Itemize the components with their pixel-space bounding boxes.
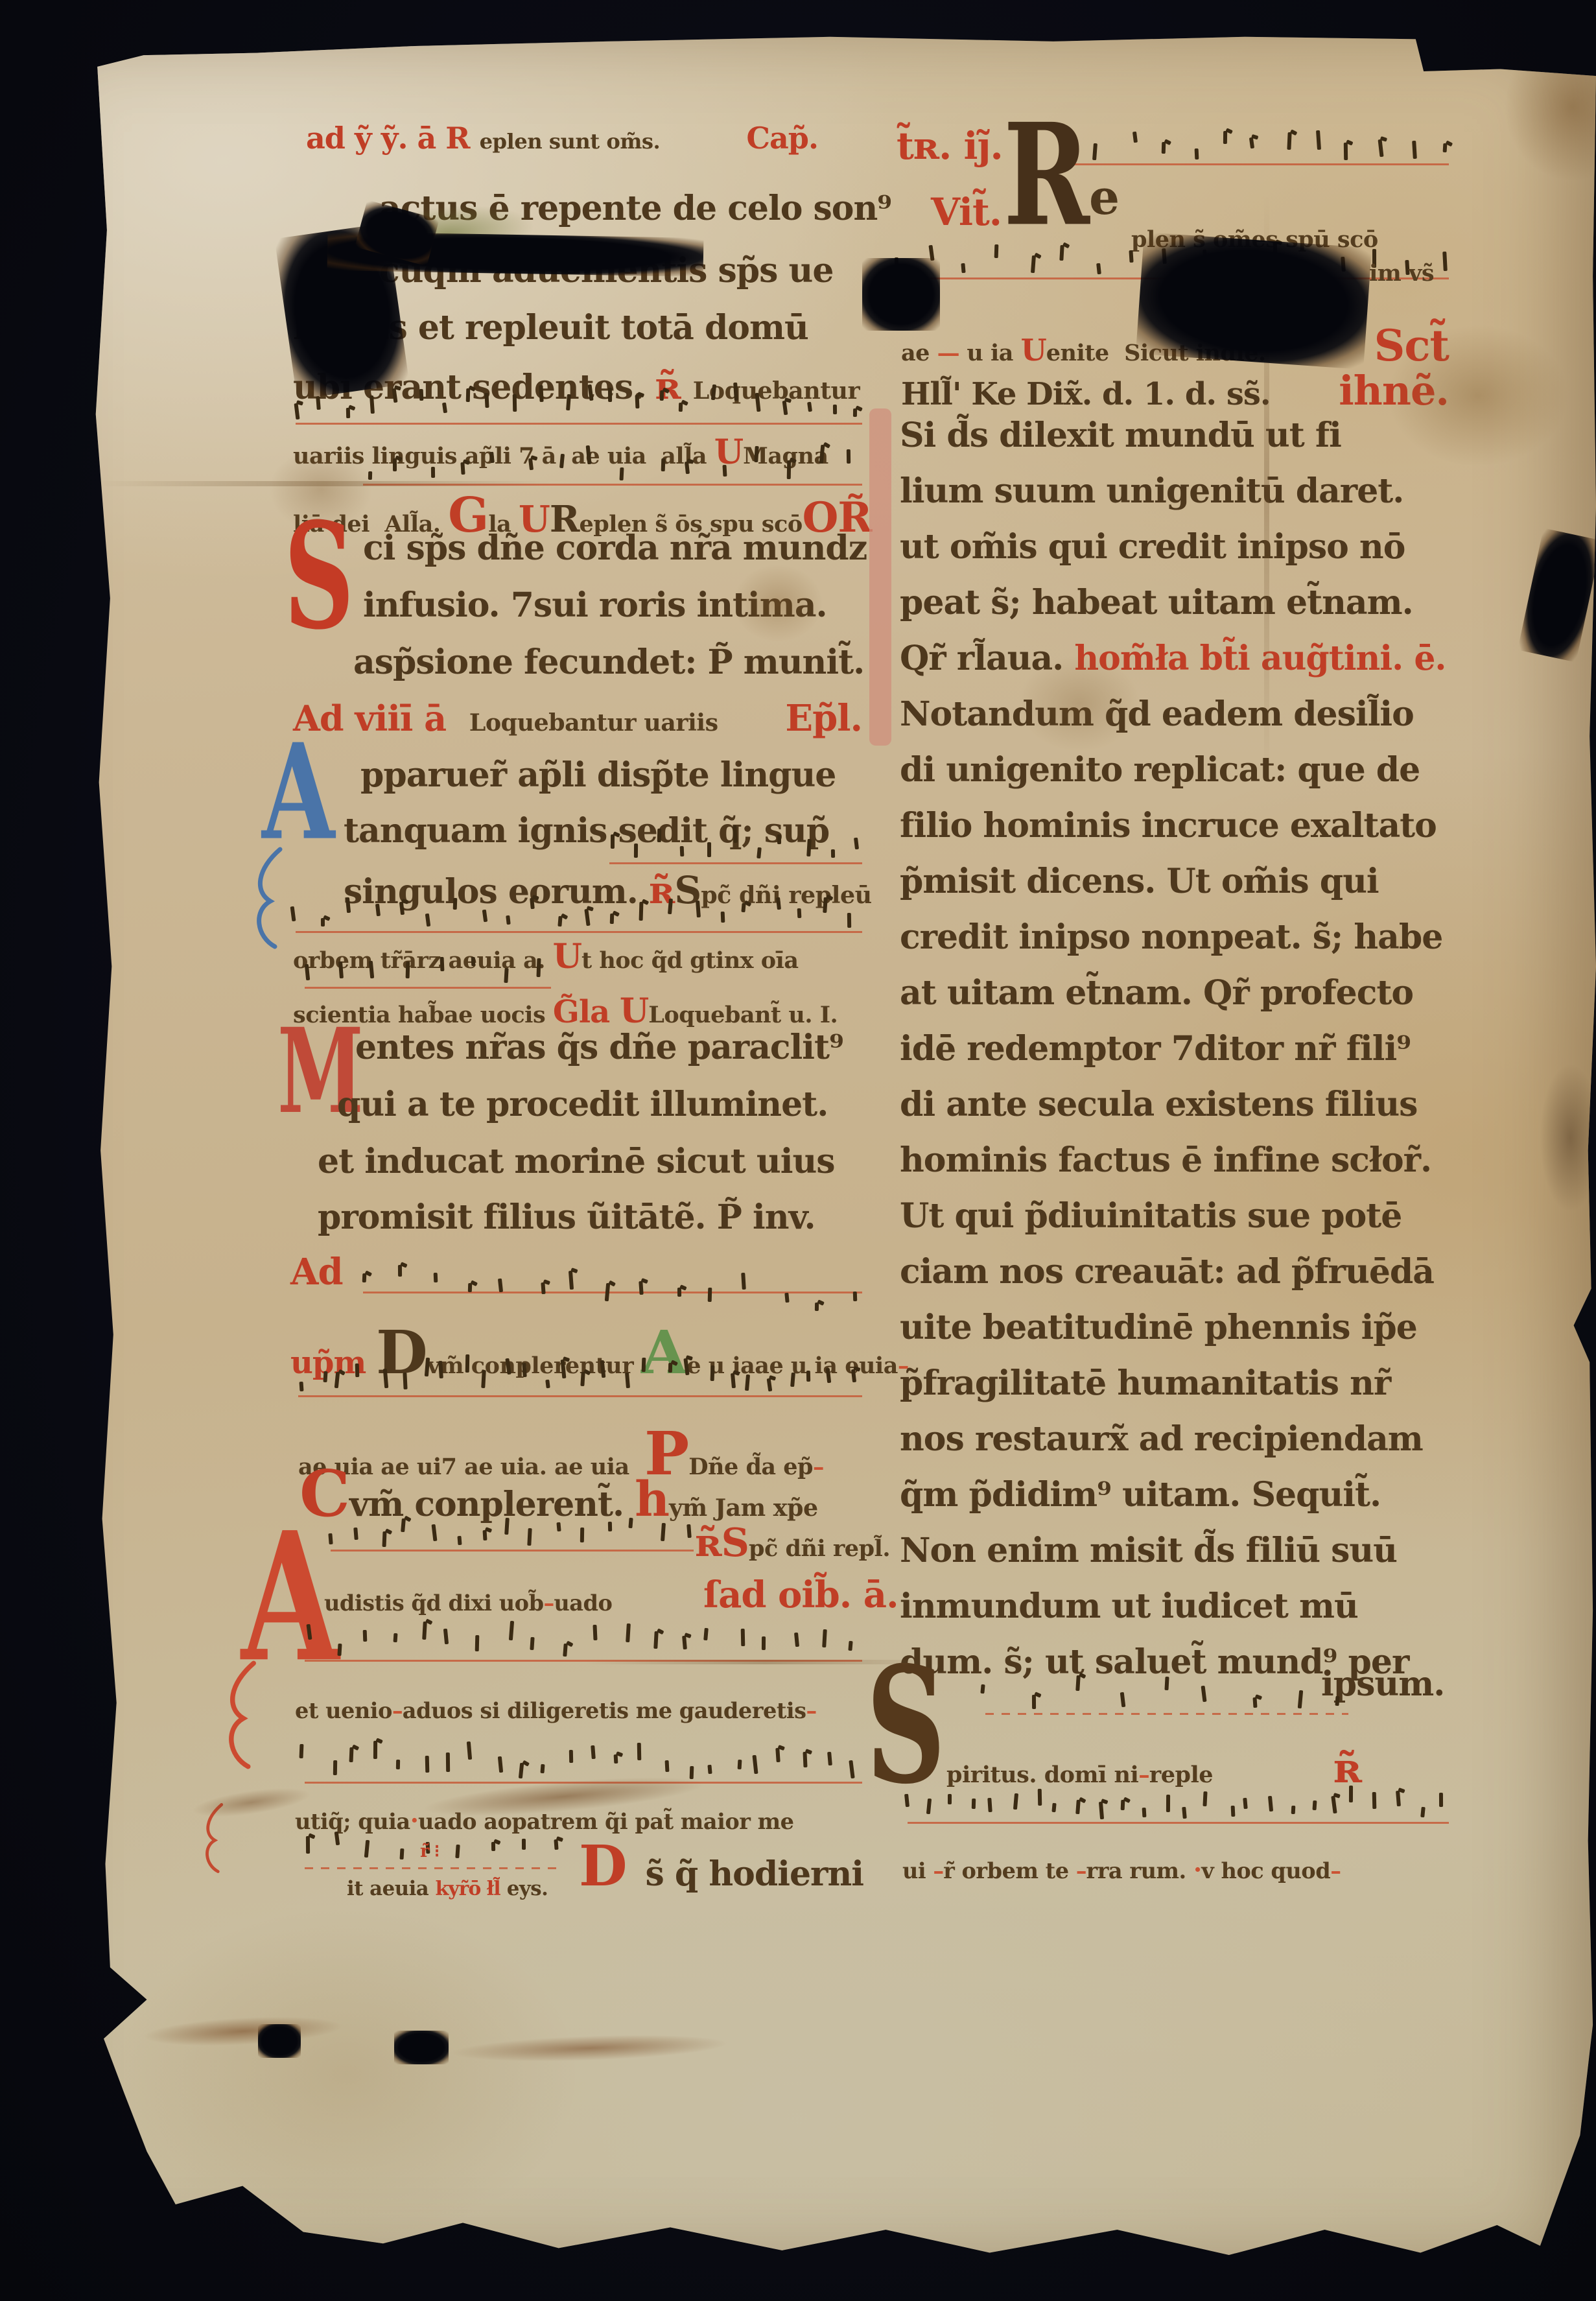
neume-mark <box>398 1265 402 1277</box>
text-segment: aduos si diligeretis me gauderetis <box>403 1700 806 1722</box>
neume-mark <box>762 1636 766 1650</box>
neume-mark <box>465 1354 470 1373</box>
neume-mark <box>1316 130 1321 149</box>
text-line: uariis linguis ap̃li 7 ā ae uia all̃a UM… <box>293 436 862 469</box>
neume-mark <box>605 1283 610 1301</box>
text-segment: pparuer̃ ap̃li disp̃te lingue <box>360 759 836 792</box>
neume-mark <box>776 1747 780 1762</box>
text-segment: U <box>620 995 648 1028</box>
text-segment: Si d̃s dilexit mundū ut fi <box>900 419 1341 453</box>
neume-mark <box>1298 1690 1303 1708</box>
text-segment: ui <box>902 1860 933 1882</box>
neume-mark <box>1442 252 1448 271</box>
text-segment: udistis q̃d dixi uob̃ <box>324 1592 544 1614</box>
neume-mark <box>777 834 781 845</box>
neume-mark <box>405 962 410 978</box>
text-segment: et inducat morinē sicut uius <box>318 1145 835 1179</box>
neume-mark <box>1421 1807 1426 1817</box>
neume-mark <box>679 845 684 856</box>
neume-mark <box>446 1752 450 1772</box>
parchment-hole <box>258 2024 301 2058</box>
text-segment: asp̃sione fecundet: P̃ munit̃. <box>353 646 864 679</box>
neume-mark <box>299 1382 304 1391</box>
parchment-hole <box>1518 528 1596 663</box>
text-line: di unigenito replicat: que de <box>900 753 1420 787</box>
neume-mark <box>1349 1786 1353 1802</box>
neume-mark <box>453 898 458 910</box>
neume-mark <box>822 1629 827 1647</box>
text-line: Ad <box>290 1254 343 1290</box>
neume-mark <box>443 1628 448 1644</box>
text-line: ci sp̃s dñe corda nr̃a mundz <box>363 532 867 565</box>
text-line: p̃fragilitatē humanitatis nr̃ <box>900 1367 1391 1400</box>
neume-mark <box>1059 245 1064 261</box>
neume-mark <box>635 395 639 408</box>
neume-mark <box>1075 1675 1081 1691</box>
text-segment: ſad oib̃. ā. <box>703 1577 898 1613</box>
neume-mark <box>484 393 489 408</box>
neume-mark <box>665 1760 670 1772</box>
text-line: filio hominis incruce exaltato <box>900 809 1437 843</box>
neume-mark <box>613 1754 618 1764</box>
neume-mark <box>522 1363 526 1377</box>
neume-mark <box>634 844 638 858</box>
neume-mark <box>639 902 643 921</box>
text-segment: pc̃ dñi repl̃. <box>749 1537 890 1560</box>
text-line: Notandum q̃d eadem desil̃io <box>900 698 1414 731</box>
neume-mark <box>541 1282 546 1294</box>
text-segment: tanquam ignis sedit q̃; sup̃ <box>344 814 829 848</box>
neume-mark <box>707 1765 712 1774</box>
text-line: tanquam ignis sedit q̃; sup̃ <box>344 814 829 848</box>
staff-line <box>985 1713 1348 1715</box>
neume-mark <box>504 1517 510 1534</box>
text-segment: lium suum unigenitū daret. <box>900 475 1403 508</box>
neume-mark <box>742 903 746 913</box>
text-segment: – <box>1138 1764 1149 1786</box>
text-segment: filio hominis incruce exaltato <box>900 809 1437 843</box>
text-segment: up̃m <box>290 1347 376 1378</box>
neume-mark <box>346 408 350 418</box>
text-line: Vit̃. <box>931 193 1002 231</box>
neume-mark <box>481 1370 486 1389</box>
staff-line <box>331 1550 694 1552</box>
text-segment: p̃misit dicens. Ut om̃is qui <box>900 865 1379 899</box>
neume-mark <box>661 1523 666 1541</box>
neume-mark <box>290 906 296 921</box>
text-segment: it aeuia <box>347 1879 435 1899</box>
parchment-leaf: ad ỹ ỹ. ā R eplen sunt om̃s.Cap̃.actus ē… <box>0 0 1596 2301</box>
neume-mark <box>563 1643 568 1656</box>
neume-mark <box>471 957 476 966</box>
text-segment: p̃fragilitatē humanitatis nr̃ <box>900 1367 1391 1400</box>
text-line: et uenio–aduos si diligeretis me gaudere… <box>295 1700 862 1722</box>
text-segment: Ad <box>290 1254 343 1290</box>
text-line: nos restaurx̃ ad recipiendam <box>900 1422 1423 1456</box>
neume-mark <box>316 396 321 410</box>
staff-line <box>296 931 862 933</box>
neume-mark <box>580 1527 583 1542</box>
neume-mark <box>467 1283 471 1293</box>
neume-mark <box>467 1741 472 1760</box>
neume-mark <box>619 467 624 480</box>
neume-mark <box>1249 137 1254 149</box>
neume-mark <box>566 394 571 410</box>
neume-mark <box>455 1845 460 1858</box>
neume-mark <box>787 460 792 479</box>
text-segment: pc̃ dñi repleū <box>701 884 871 907</box>
neume-mark <box>498 1278 503 1292</box>
neume-mark <box>847 449 851 464</box>
neume-mark <box>528 1528 532 1545</box>
neume-mark <box>403 1373 407 1390</box>
text-segment: hominis factus ē infine scłor̃. <box>900 1144 1431 1177</box>
text-line: singulos eorum. ʀ̃Spc̃ dñi repleū <box>344 871 872 909</box>
text-segment: qui a te procedit illuminet. <box>337 1088 828 1122</box>
neume-mark <box>1203 1791 1208 1806</box>
neume-mark <box>482 910 488 923</box>
neume-mark <box>1182 1807 1187 1819</box>
neume-mark <box>738 1760 742 1769</box>
text-segment: uado <box>554 1592 612 1614</box>
neume-mark <box>338 1644 342 1656</box>
text-line: Qr̃ rl̃aua. hom̃ła bt̃i aug̃tini. ē. <box>900 642 1446 676</box>
neume-mark <box>1372 1792 1377 1809</box>
decorated-initial: S <box>284 517 354 637</box>
text-line: qui a te procedit illuminet. <box>337 1088 828 1122</box>
neume-mark <box>440 957 445 972</box>
text-segment: D <box>579 1839 646 1894</box>
text-segment: im vs̃ <box>1369 262 1434 285</box>
text-line: Non enim misit d̃s filiū suū <box>900 1534 1397 1568</box>
staff-line <box>296 423 862 425</box>
text-line: Ad viiī ā Loquebantur uariisEp̃l. <box>293 700 862 737</box>
text-segment: ad ỹ ỹ. ā R <box>306 123 480 153</box>
neume-mark <box>545 1380 550 1389</box>
neume-mark <box>752 1755 758 1774</box>
text-segment: ciam nos creauāt: ad p̃fruēdā <box>900 1255 1434 1289</box>
text-line: idē redemptor 7ditor nr̃ fili⁹ <box>900 1032 1411 1066</box>
neume-mark <box>720 911 725 922</box>
text-line: Si d̃s dilexit mundū ut fi <box>900 419 1341 453</box>
text-segment: uite beatitudinē phennis ip̃e <box>900 1311 1417 1345</box>
text-line: entes nr̃as q̃s dñe paraclit⁹ <box>355 1031 843 1065</box>
text-segment: di ante secula existens filius <box>900 1088 1417 1122</box>
decorated-initial: S <box>866 1661 946 1792</box>
text-line: di ante secula existens filius <box>900 1088 1417 1122</box>
neume-mark <box>961 263 965 274</box>
neume-mark <box>396 1760 400 1769</box>
text-segment: ae <box>901 342 937 364</box>
neume-mark <box>1161 142 1166 154</box>
neume-mark <box>425 1756 430 1773</box>
text-line: t̃ʀ. ij̃. <box>897 127 1003 165</box>
text-line: utiq̃; quia·uado aopatrem q̃i pat̃ maior… <box>295 1809 862 1834</box>
neume-mark <box>848 1640 852 1650</box>
neume-mark <box>554 1839 558 1850</box>
staff-line <box>1066 163 1449 165</box>
text-line: it aeuia kyr̃ō łl̃ eys. <box>347 1879 548 1899</box>
pen-flourish-icon <box>214 1660 266 1773</box>
text-line: at uitam et̃nam. Qr̃ profecto <box>900 976 1413 1010</box>
text-line: q̃m p̃didim⁹ uitam. Sequit̃. <box>900 1478 1381 1512</box>
text-segment: inmundum ut iudicet mū <box>900 1590 1358 1623</box>
decorated-initial: A <box>262 739 335 847</box>
neume-mark <box>657 829 661 842</box>
neume-mark <box>475 1635 480 1651</box>
parchment-hole <box>394 2031 449 2064</box>
parchment-stain <box>1018 655 1141 752</box>
neume-mark <box>569 1750 572 1763</box>
neume-mark <box>498 1756 503 1773</box>
text-line: orbem tr̃ārz aeuia a. Ut hoc q̃d gtinx o… <box>293 940 862 974</box>
neume-mark <box>491 1842 495 1851</box>
text-segment: kyr̃ō łl̃ <box>435 1880 500 1899</box>
text-segment: – <box>933 1860 943 1882</box>
text-segment: – <box>544 1592 554 1614</box>
neume-mark <box>653 1631 658 1649</box>
text-line: hominis factus ē infine scłor̃. <box>900 1144 1431 1177</box>
neume-mark <box>504 968 508 984</box>
neume-mark <box>832 405 836 414</box>
pen-flourish-icon <box>248 836 287 962</box>
neume-mark <box>741 1629 745 1646</box>
neume-mark <box>363 1630 368 1642</box>
neume-mark <box>393 458 397 471</box>
parchment-stain <box>1504 32 1596 182</box>
neume-mark <box>400 1848 405 1859</box>
neume-mark <box>847 913 851 928</box>
text-segment: A <box>641 1323 687 1382</box>
text-segment: idē redemptor 7ditor nr̃ fili⁹ <box>900 1032 1411 1066</box>
text-segment: – <box>806 1700 817 1722</box>
text-segment: r̃ ⁝ <box>420 1843 439 1860</box>
text-segment: ʀ̃ <box>1333 1748 1361 1789</box>
neume-mark <box>703 1627 709 1640</box>
neume-mark <box>593 1625 597 1640</box>
neume-mark <box>742 1273 747 1290</box>
neume-mark <box>1195 148 1199 159</box>
neume-mark <box>353 1527 358 1539</box>
neume-mark <box>853 408 857 417</box>
neume-mark <box>1223 131 1227 144</box>
staff-line <box>305 987 551 989</box>
manuscript-photo: ad ỹ ỹ. ā R eplen sunt om̃s.Cap̃.actus ē… <box>0 0 1596 2301</box>
text-segment: ut om̃is qui credit inipso nō <box>900 530 1405 564</box>
text-segment: h <box>635 1476 669 1524</box>
text-segment: Notandum q̃d eadem desil̃io <box>900 698 1414 731</box>
neume-mark <box>803 1752 808 1768</box>
neume-mark <box>611 834 615 849</box>
text-segment: peat s̃; habeat uitam et̃nam. <box>900 586 1413 620</box>
neume-mark <box>849 1760 854 1778</box>
neume-mark <box>1052 1803 1057 1813</box>
neume-mark <box>519 1763 524 1779</box>
text-line: up̃m Dvm̃ conplerentur Ae u iaae u ia eu… <box>290 1323 848 1382</box>
neume-mark <box>661 458 665 471</box>
neume-mark <box>1120 1799 1125 1810</box>
text-segment: ci sp̃s dñe corda nr̃a mundz <box>363 532 867 565</box>
text-line: peat s̃; habeat uitam et̃nam. <box>900 586 1413 620</box>
text-segment: piritus. domī ni <box>946 1764 1138 1786</box>
text-segment: · <box>410 1809 418 1834</box>
neume-mark <box>679 403 683 412</box>
neume-mark <box>556 1522 561 1531</box>
neume-mark <box>569 1271 574 1290</box>
initial-bar <box>869 408 891 746</box>
text-line: et inducat morinē sicut uius <box>318 1145 835 1179</box>
staff-line <box>298 1395 862 1397</box>
neume-mark <box>1092 143 1097 160</box>
neume-mark <box>637 1743 642 1760</box>
neume-mark <box>757 847 762 859</box>
neume-mark <box>539 385 543 402</box>
neume-mark <box>522 1839 526 1850</box>
text-line: im vs̃ <box>1369 262 1434 285</box>
text-segment: s̃ q̃ hodierni <box>646 1858 864 1891</box>
text-segment: ʀ̃S <box>695 1524 749 1563</box>
neume-mark <box>483 1530 487 1540</box>
neume-mark <box>659 390 664 400</box>
text-segment: Loquebantur uariis <box>469 711 718 735</box>
text-segment: Hll̃' Ke Dix̃. d. 1. d. ss̃. <box>901 379 1271 410</box>
neume-mark <box>540 1764 545 1773</box>
neume-mark <box>1032 1695 1036 1709</box>
neume-mark <box>785 1292 790 1303</box>
text-line: inmundum ut iudicet mū <box>900 1590 1358 1623</box>
neume-mark <box>431 1524 437 1541</box>
neume-mark <box>1291 1806 1296 1814</box>
neume-mark <box>349 1747 353 1762</box>
text-segment: – <box>392 1700 403 1722</box>
neume-mark <box>668 1363 672 1373</box>
neume-mark <box>677 1288 681 1297</box>
neume-mark <box>530 898 535 910</box>
parchment-hole <box>1136 232 1372 370</box>
neume-mark <box>609 914 613 924</box>
neume-mark <box>987 1798 992 1813</box>
parchment-hole <box>862 258 940 331</box>
neume-mark <box>431 467 435 478</box>
text-segment: · <box>1193 1858 1201 1883</box>
neume-mark <box>362 1273 367 1282</box>
neume-mark <box>642 1358 646 1373</box>
text-line: ciam nos creauāt: ad p̃fruēdā <box>900 1255 1434 1289</box>
text-line: ſad oib̃. ā. <box>703 1577 898 1613</box>
text-line: ipsum. <box>1321 1668 1444 1701</box>
text-segment: U <box>553 940 581 974</box>
text-segment: vm̃ conplerentur <box>427 1354 641 1377</box>
text-line: Ut qui p̃diuinitatis sue potē <box>900 1199 1402 1233</box>
neume-mark <box>854 838 859 849</box>
neume-mark <box>434 1273 438 1282</box>
neume-mark <box>425 914 431 926</box>
neume-mark <box>509 1621 514 1640</box>
text-line: e <box>1089 174 1119 222</box>
text-segment: U <box>1021 335 1046 365</box>
neume-mark <box>1252 1697 1257 1707</box>
parchment-stain <box>1540 1063 1596 1212</box>
neume-mark <box>1099 1801 1104 1819</box>
text-segment: nos restaurx̃ ad recipiendam <box>900 1422 1423 1456</box>
text-line: ut om̃is qui credit inipso nō <box>900 530 1405 564</box>
staff-line <box>305 1867 564 1869</box>
text-line: D s̃ q̃ hodierni <box>579 1839 863 1894</box>
text-segment: vm̃ conplerent̃. <box>349 1488 635 1522</box>
neume-mark <box>419 389 423 401</box>
text-line: uite beatitudinē phennis ip̃e <box>900 1311 1417 1345</box>
text-segment: at uitam et̃nam. Qr̃ profecto <box>900 976 1413 1010</box>
neume-mark <box>373 1741 377 1759</box>
text-segment: singulos eorum. <box>344 875 649 909</box>
neume-mark <box>1412 141 1417 159</box>
staff-line <box>609 862 862 864</box>
text-line: scientia hab̃ae uocis G̃la ULoquebant̃ u… <box>293 995 862 1028</box>
text-segment: r̃ orbem te <box>943 1860 1076 1882</box>
neume-mark <box>1013 1793 1018 1810</box>
neume-mark <box>797 908 801 919</box>
neume-mark <box>1166 1795 1170 1812</box>
text-segment: utiq̃; quia <box>295 1811 410 1833</box>
neume-mark <box>827 1752 832 1766</box>
neume-mark <box>1096 263 1101 274</box>
neume-mark <box>831 849 835 858</box>
parchment-stain <box>190 1782 312 1822</box>
text-segment: G̃la <box>553 997 620 1028</box>
text-segment: Non enim misit d̃s filiū suū <box>900 1534 1397 1568</box>
text-line: lium suum unigenitū daret. <box>900 475 1403 508</box>
text-line: r̃ ⁝ <box>420 1843 439 1860</box>
neume-mark <box>707 842 711 857</box>
neume-mark <box>1243 1798 1248 1810</box>
text-line: ad ỹ ỹ. ā R eplen sunt om̃s.Cap̃. <box>306 123 818 153</box>
neume-mark <box>1439 1793 1443 1807</box>
text-segment: Ut qui p̃diuinitatis sue potē <box>900 1199 1402 1233</box>
neume-mark <box>382 1531 386 1547</box>
text-line: pparuer̃ ap̃li disp̃te lingue <box>360 759 836 792</box>
text-line: promisit filius ũitātẽ. P̃ inv. <box>318 1201 816 1234</box>
text-segment: di unigenito replicat: que de <box>900 753 1420 787</box>
neume-mark <box>1201 1685 1207 1701</box>
neume-mark <box>1120 1692 1126 1707</box>
neume-mark <box>364 1840 370 1858</box>
text-segment: ipsum. <box>1321 1668 1444 1701</box>
parchment-stain <box>269 447 373 532</box>
neume-mark <box>1331 1795 1337 1813</box>
neume-mark <box>323 1371 327 1382</box>
text-segment: entes nr̃as q̃s dñe paraclit⁹ <box>355 1031 843 1065</box>
neume-mark <box>1313 1800 1317 1810</box>
neume-mark <box>1164 1677 1169 1691</box>
decorated-initial: R <box>1003 118 1090 233</box>
neume-mark <box>306 1836 310 1854</box>
text-segment: q̃m p̃didim⁹ uitam. Sequit̃. <box>900 1478 1381 1512</box>
text-segment: U <box>714 436 743 469</box>
text-segment: reple <box>1149 1764 1213 1786</box>
text-line: ʀ̃Spc̃ dñi repl̃. <box>695 1524 890 1563</box>
neume-mark <box>465 388 470 402</box>
text-segment: rra rum. <box>1086 1860 1193 1882</box>
neume-mark <box>794 1633 799 1647</box>
neume-mark <box>1037 1789 1042 1806</box>
neume-mark <box>1343 143 1347 160</box>
neume-mark <box>591 1745 596 1758</box>
neume-mark <box>1031 255 1036 273</box>
neume-mark <box>1378 139 1384 157</box>
text-segment: eplen sunt om̃s. <box>480 131 661 152</box>
text-segment: Vit̃. <box>931 193 1002 231</box>
neume-mark <box>355 1363 359 1377</box>
